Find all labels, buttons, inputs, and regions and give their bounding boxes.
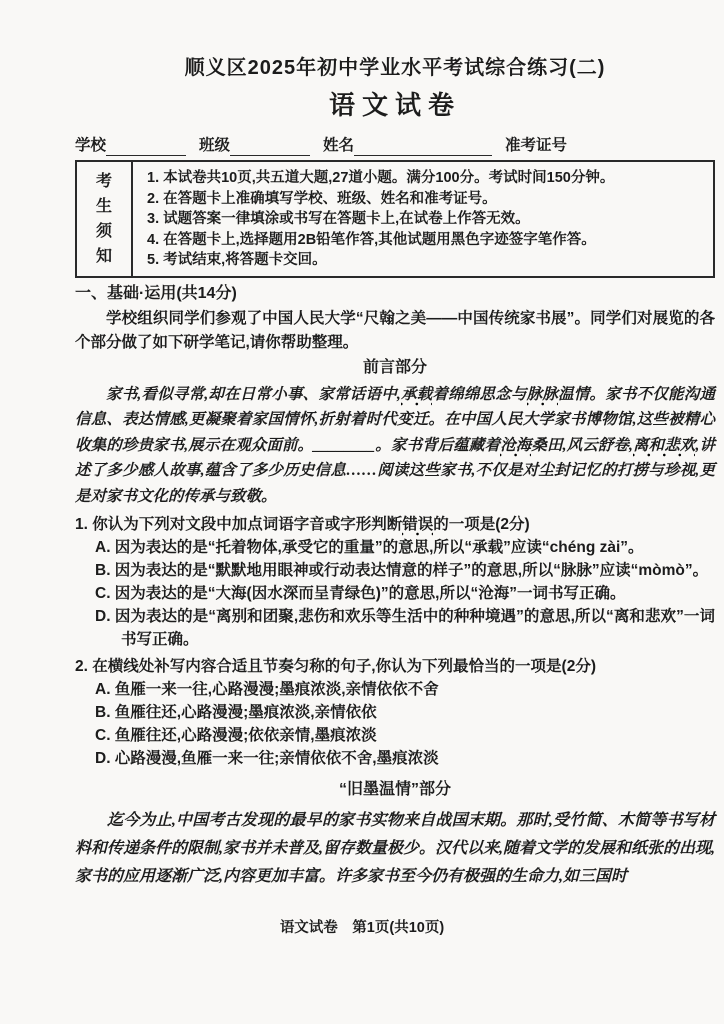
q2-stem: 2. 在横线处补写内容合适且节奏匀称的句子,你认为下列最恰当的一项是(2分) xyxy=(75,655,715,678)
emphasized-word: 错误 xyxy=(402,516,433,536)
notice-box: 考生须知 1. 本试卷共10页,共五道大题,27道小题。满分100分。考试时间1… xyxy=(75,160,715,278)
q2-option: D. 心路漫漫,鱼雁一来一往;亲情依依不舍,墨痕浓淡 xyxy=(95,747,715,770)
info-field-label: 学校 xyxy=(75,136,106,156)
text-segment: 桑田,风云舒卷, xyxy=(531,437,633,454)
blank-underline xyxy=(230,138,310,156)
info-field: 准考证号 xyxy=(505,136,567,156)
blank-underline xyxy=(106,138,186,156)
notice-item-list: 1. 本试卷共10页,共五道大题,27道小题。满分100分。考试时间150分钟。… xyxy=(133,162,713,276)
info-field-label: 姓名 xyxy=(323,136,354,156)
q1-options: A. 因为表达的是“托着物体,承受它的重量”的意思,所以“承载”应读“chéng… xyxy=(95,536,715,651)
notice-item: 3. 试题答案一律填涂或书写在答题卡上,在试卷上作答无效。 xyxy=(147,209,703,230)
part-heading-preface: 前言部分 xyxy=(75,356,715,380)
q2-option: C. 鱼雁往还,心路漫漫;依依亲情,墨痕浓淡 xyxy=(95,724,715,747)
exam-paper-page: 顺义区2025年初中学业水平考试综合练习(二) 语文试卷 学校 班级 姓名 xyxy=(0,0,724,1024)
emphasized-word: 脉脉 xyxy=(527,386,558,406)
notice-side-label: 考生须知 xyxy=(95,169,113,269)
info-field-label: 准考证号 xyxy=(505,136,567,156)
emphasized-word: 承载 xyxy=(401,386,433,406)
q1-option: A. 因为表达的是“托着物体,承受它的重量”的意思,所以“承载”应读“chéng… xyxy=(95,536,715,559)
passage-oldink: 迄今为止,中国考古发现的最早的家书实物来自战国末期。那时,受竹简、木简等书写材料… xyxy=(75,807,715,891)
blank-underline xyxy=(354,138,492,156)
q2-options: A. 鱼雁一来一往,心路漫漫;墨痕浓淡,亲情依依不舍 B. 鱼雁往还,心路漫漫;… xyxy=(95,678,715,770)
passage-preface: 家书,看似寻常,却在日常小事、家常话语中,承载着绵绵思念与脉脉温情。家书不仅能沟… xyxy=(75,382,715,510)
notice-item: 2. 在答题卡上准确填写学校、班级、姓名和准考证号。 xyxy=(147,189,703,210)
candidate-info-row: 学校 班级 姓名 准考证号 xyxy=(75,136,715,156)
exam-header-title: 顺义区2025年初中学业水平考试综合练习(二) xyxy=(75,55,715,81)
notice-side-cell: 考生须知 xyxy=(77,162,133,276)
info-field: 班级 xyxy=(199,136,310,156)
info-field-label: 班级 xyxy=(199,136,230,156)
notice-item: 5. 考试结束,将答题卡交回。 xyxy=(147,250,703,271)
text-segment: 的一项是(2分) xyxy=(433,516,529,533)
emphasized-word: 离和悲欢 xyxy=(633,437,696,457)
emphasized-word: 沧海 xyxy=(500,437,531,457)
q1-option: C. 因为表达的是“大海(因水深而呈青绿色)”的意思,所以“沧海”一词书写正确。 xyxy=(95,582,715,605)
text-segment: 家书,看似寻常,却在日常小事、家常话语中, xyxy=(106,386,401,403)
part-heading-oldink: “旧墨温情”部分 xyxy=(75,778,715,802)
notice-item: 1. 本试卷共10页,共五道大题,27道小题。满分100分。考试时间150分钟。 xyxy=(147,168,703,189)
question-1: 1. 你认为下列对文段中加点词语字音或字形判断错误的一项是(2分) A. 因为表… xyxy=(75,513,715,651)
q2-option: A. 鱼雁一来一往,心路漫漫;墨痕浓淡,亲情依依不舍 xyxy=(95,678,715,701)
q2-option: B. 鱼雁往还,心路漫漫;墨痕浓淡,亲情依依 xyxy=(95,701,715,724)
text-segment: 1. 你认为下列对文段中加点词语字音或字形判断 xyxy=(75,516,402,533)
text-segment: 着绵绵思念与 xyxy=(432,386,526,403)
page-content: 顺义区2025年初中学业水平考试综合练习(二) 语文试卷 学校 班级 姓名 xyxy=(75,55,715,891)
page-footer: 语文试卷 第1页(共10页) xyxy=(0,918,724,938)
section-heading-basics: 一、基础·运用(共14分) xyxy=(75,283,715,305)
info-field: 姓名 xyxy=(323,136,492,156)
q1-option: D. 因为表达的是“离别和团聚,悲伤和欢乐等生活中的种种境遇”的意思,所以“离和… xyxy=(95,605,715,651)
paper-title: 语文试卷 xyxy=(75,90,715,120)
notice-item: 4. 在答题卡上,选择题用2B铅笔作答,其他试题用黑色字迹签字笔作答。 xyxy=(147,230,703,251)
intro-paragraph: 学校组织同学们参观了中国人民大学“尺翰之美——中国传统家书展”。同学们对展览的各… xyxy=(75,307,715,356)
q1-stem: 1. 你认为下列对文段中加点词语字音或字形判断错误的一项是(2分) xyxy=(75,513,715,536)
question-2: 2. 在横线处补写内容合适且节奏匀称的句子,你认为下列最恰当的一项是(2分) A… xyxy=(75,655,715,770)
q1-option: B. 因为表达的是“默默地用眼神或行动表达情意的样子”的意思,所以“脉脉”应读“… xyxy=(95,559,715,582)
info-field: 学校 xyxy=(75,136,186,156)
